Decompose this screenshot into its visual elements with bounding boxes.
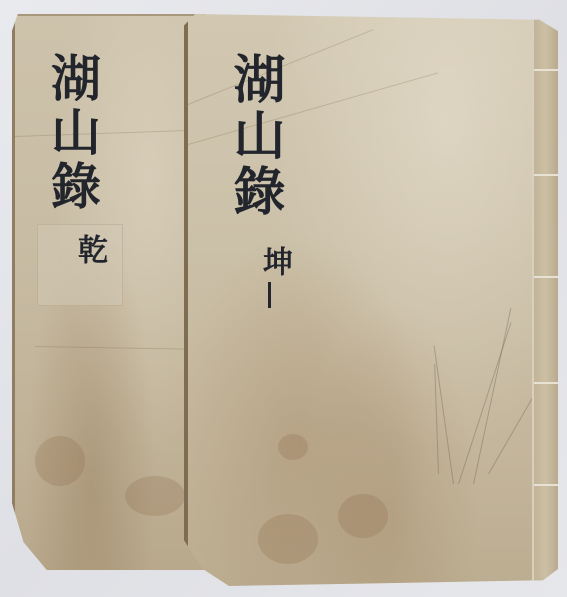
binding-stitch [534,69,558,71]
stain [258,514,318,564]
volume-mark: 坤 [252,246,296,276]
book-right: 湖山錄 坤 [184,14,558,586]
book-spine [532,14,558,586]
stain [338,494,388,538]
stain [35,436,85,486]
stain [125,476,185,516]
binding-stitch [534,382,558,384]
book-left: 湖山錄 乾 [12,14,205,570]
binding-stitch [534,174,558,176]
pencil-sketch [473,308,511,484]
binding-stitch [534,484,558,486]
binding-stitch [534,276,558,278]
crease [35,346,195,350]
book-title: 湖山錄 [226,52,282,220]
stain [278,434,308,460]
volume-mark: 乾 [67,234,111,264]
volume-mark-stroke [268,282,271,308]
book-title: 湖山錄 [45,52,99,214]
pencil-sketch [458,322,511,484]
